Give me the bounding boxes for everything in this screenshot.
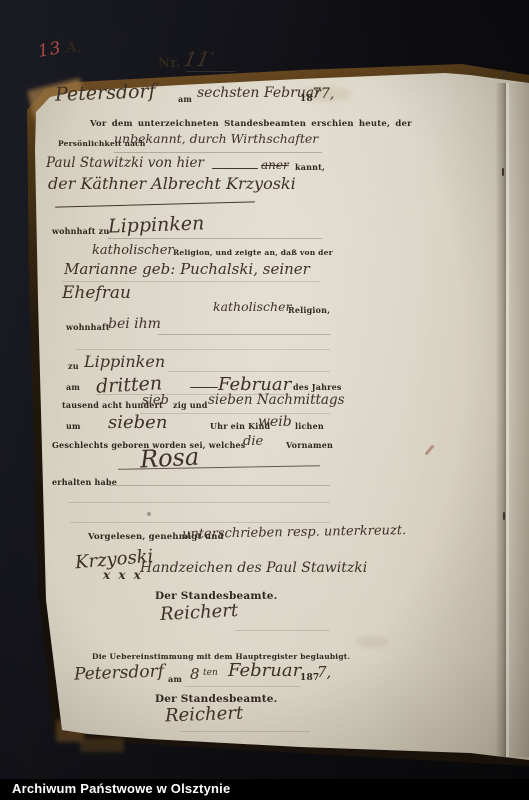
identity-printed-end: kannt, [295,162,325,172]
certification-day-suffix: ten [203,668,218,678]
blank-rule [185,686,300,687]
official-signature-1: Reichert [160,600,239,625]
time-um: um [66,421,81,431]
birth-zu: zu [68,361,79,371]
declarant-line: der Käthner Albrecht Krzyoski [48,174,296,193]
residence2-label: wohnhaft [66,322,110,332]
archive-name: Archiwum Państwowe w Olsztynie [12,781,230,796]
certification-printed: Die Uebereinstimmung mit dem Hauptregist… [92,652,350,661]
certification-am: am [168,674,182,684]
page-right-shade [509,83,529,757]
religion1-printed: Religion, und zeigte an, daß von der [173,248,333,257]
birth-des-jahres: des Jahres [293,382,342,392]
vornamen-printed: Vornamen [286,440,333,450]
year-printed-2: zig und [173,400,208,410]
archive-caption-bar: Archiwum Państwowe w Olsztynie [0,779,529,800]
identity-handwritten-1: unbekannt, durch Wirthschafter [114,131,318,146]
blank-rule [235,630,330,631]
time-hour: sieben [108,412,167,433]
blank-rule [140,413,330,414]
identity-handwritten-2: Paul Stawitzki von hier [46,155,204,171]
residence1-label: wohnhaft zu [52,226,109,236]
blank-rule [180,731,310,732]
religion1-handwritten: katholischer [92,243,174,258]
record-number-label: Nr. [158,56,181,71]
certification-month: Februar [228,660,301,681]
blank-rule [76,349,330,350]
residence1-value: Lippinken [108,212,205,237]
blank-rule [70,522,330,523]
dateline-year-handwritten: 77, [312,86,334,102]
blank-rule [158,334,330,335]
worn-edge-bottom-left [80,738,124,752]
certification-place: Petersdorf [74,661,165,684]
ink-dot [211,52,214,55]
blank-rule [168,371,330,372]
vornamen-article: die [243,434,263,449]
identity-struck-word: aner [261,158,289,172]
mother-line1: Marianne geb: Puchalski, seiner [64,260,310,278]
religion2-handwritten: katholischer [213,299,291,314]
blank-rule [114,152,322,153]
dateline-place: Petersdorf [55,80,156,105]
year-handwritten-2: sieben Nachmittags [208,392,345,408]
paper-speck [147,512,151,516]
binding-stitch [502,168,504,176]
gender-printed: lichen [295,421,324,431]
blank-rule [62,281,320,282]
paper-stain [355,636,389,648]
dateline-year-printed: 18 [300,94,313,104]
form-letter: A. [66,40,82,56]
handzeichen-text: Handzeichen des Paul Stawitzki [140,560,367,576]
certification-year-handwritten: 7, [317,663,331,681]
page-fold-shadow [495,83,506,757]
official-signature-2: Reichert [165,703,244,727]
intro-line: Vor dem unterzeichneten Standesbeamten e… [90,119,412,129]
blank-rule [108,485,330,486]
binding-stitch [503,512,505,520]
blank-rule [186,71,236,72]
blank-rule [108,238,322,239]
red-archive-page-number: 13 [36,38,63,62]
birth-place: Lippinken [84,352,165,371]
certification-day: 8 [190,665,200,683]
year-handwritten-1: sieb [142,393,169,408]
birth-am: am [66,382,80,392]
record-number-value: 11 [181,47,212,71]
dateline-am: am [178,94,192,104]
mother-line2: Ehefrau [62,283,131,303]
blank-rule [68,502,330,503]
residence2-value: bei ihm [108,316,161,332]
archival-scan: 13 A. Nr. 11 Petersdorf am sechsten Febr… [0,0,529,800]
religion2-printed: Religion, [288,305,330,315]
gender-handwritten: weib [258,414,292,430]
binding-stitch [503,70,505,78]
handzeichen-marks: x x x [103,568,143,582]
